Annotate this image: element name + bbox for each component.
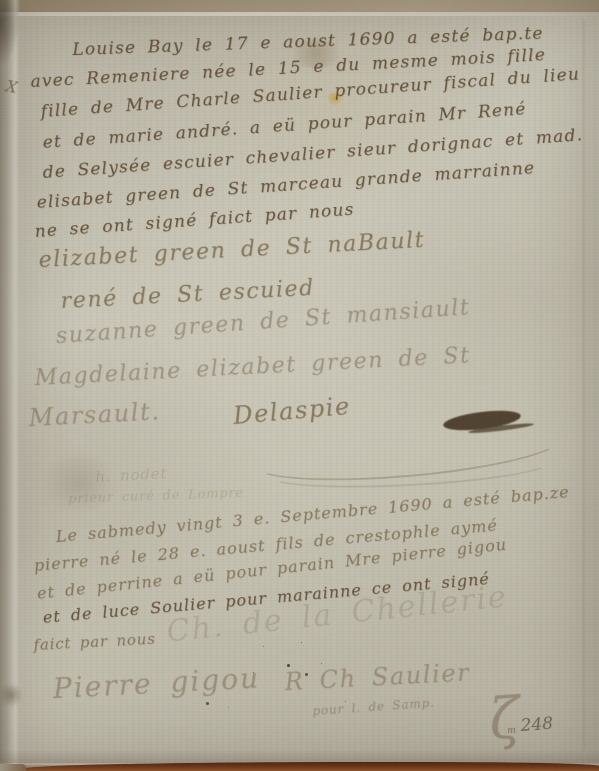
ink-speckles <box>287 664 290 667</box>
manuscript-page-photo: X Louise Bay le 17 e aoust 1690 a esté b… <box>0 0 599 771</box>
left-edge-ink-remnant <box>0 682 22 708</box>
binding-edge-band-tip <box>0 764 26 771</box>
page-left-torn-edge <box>0 0 20 771</box>
top-left-corner-shadow <box>0 0 26 72</box>
page-top-edge-highlight <box>0 12 599 16</box>
folio-number: 248 <box>520 714 554 736</box>
page-bottom-shadow <box>0 750 599 763</box>
folio-mark: m <box>507 726 516 736</box>
bottom-flourish-paraph: ζ <box>487 686 522 753</box>
officiant-name-faded: h. nodet <box>95 464 168 486</box>
right-fold-line <box>583 20 585 750</box>
